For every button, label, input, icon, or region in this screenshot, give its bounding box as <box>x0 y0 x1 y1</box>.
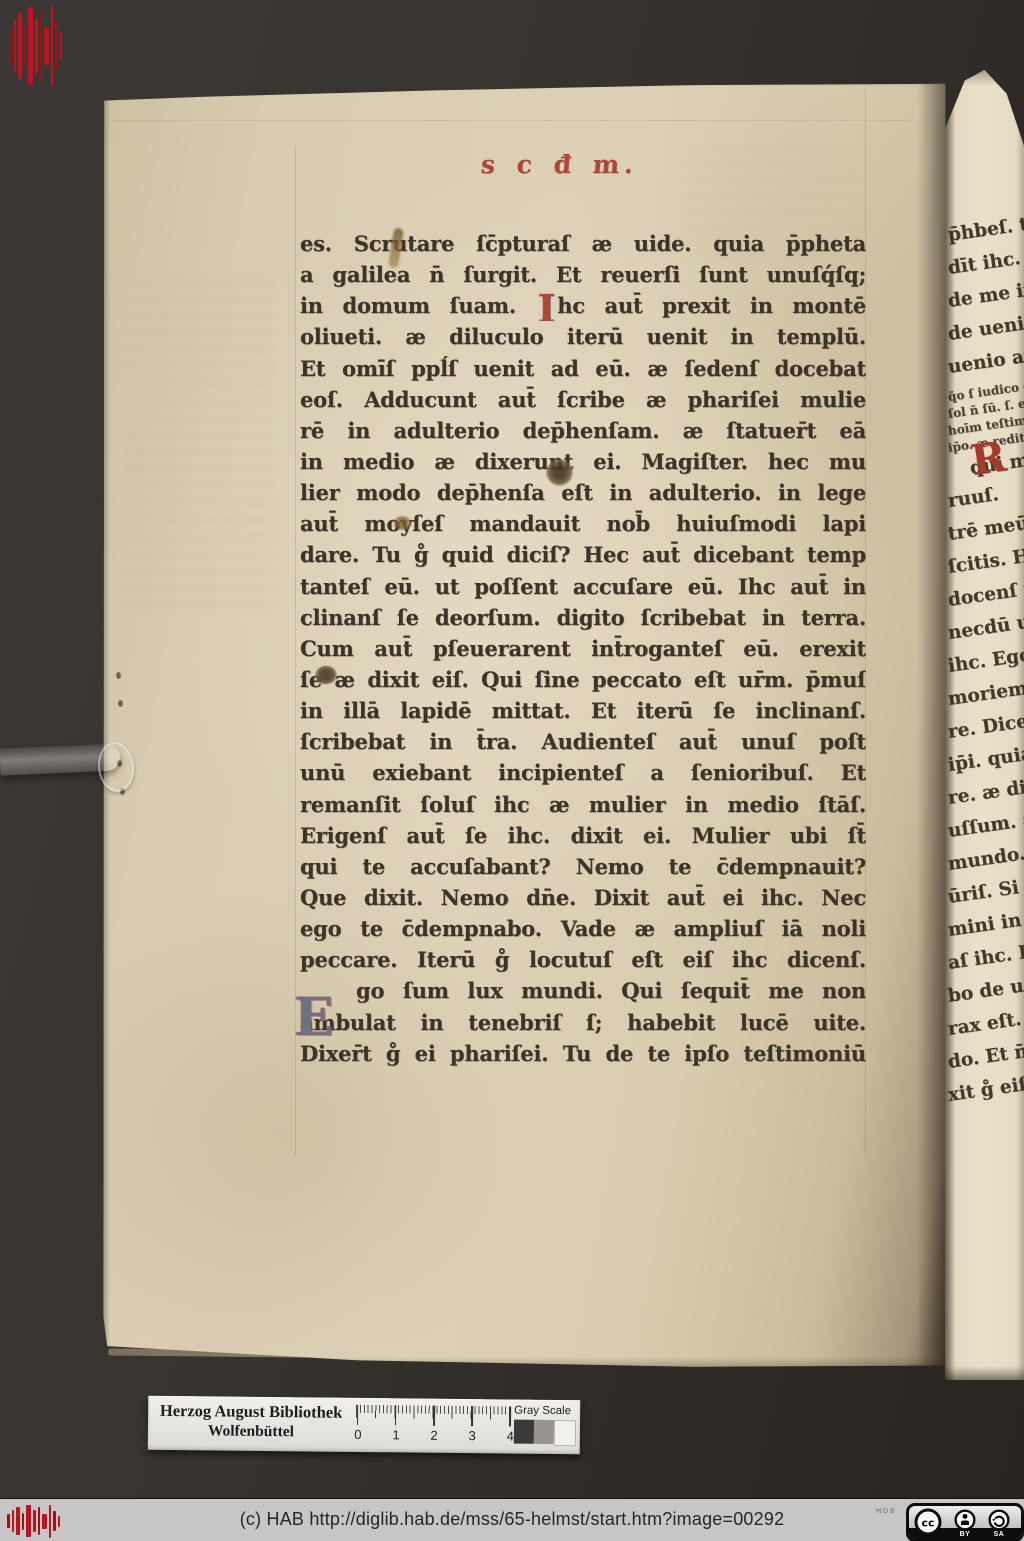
decorated-initial-E: E <box>294 992 334 1044</box>
footer-bar: (c) HAB http://diglib.hab.de/mss/65-helm… <box>0 1498 1024 1541</box>
recto-line: p̄hbeſ. teſt <box>947 210 1024 246</box>
sewing-hole <box>116 672 121 679</box>
manuscript-line: Dixer̄t g̊ ei phariſei. Tu de te ipſo te… <box>300 1038 866 1069</box>
recto-line: uſſum. æ Ioſt <box>947 802 1024 842</box>
recto-line: mundo. Dixi <box>947 837 1024 875</box>
running-header-rubric: s c đ m. <box>480 150 639 179</box>
recto-line: docenſ inter <box>947 572 1024 610</box>
manuscript-line: a galilea n̄ ſurgit. Et reuerſi ſunt unu… <box>300 259 866 290</box>
manuscript-line: remanſit ſoluſ ihc æ mulier in medio ſtā… <box>300 789 866 820</box>
svg-text:cc: cc <box>921 1517 934 1530</box>
ruler-label: Herzog August Bibliothek Wolfenbüttel 01… <box>148 1396 581 1455</box>
recto-line: moriemini. <box>947 673 1024 710</box>
manuscript-line: ſcribebat in t̄ra. Audienteſ aut̄ unuſ p… <box>300 726 866 757</box>
recto-line: trē meū. Si <box>947 508 1024 545</box>
manuscript-line: Cum aut̄ pſeuerarent int̄roganteſ eū. er… <box>300 633 866 664</box>
cm-tick <box>433 1406 435 1426</box>
cm-tick <box>509 1407 511 1427</box>
manuscript-line: in domum ſuam. Ihc aut̄ prexit in montē <box>300 290 866 321</box>
cc-sa-label: SA <box>988 1531 1010 1538</box>
manuscript-line: Que dixit. Nemo dn̄e. Dixit aut̄ ei ihc.… <box>300 882 866 913</box>
recto-line: de ueni. æ o <box>947 306 1024 344</box>
recto-line: ūriſ. Si eū no <box>947 868 1024 908</box>
manuscript-line: go ſum lux mundi. Qui ſequit̄ me non <box>300 975 866 1006</box>
recto-line: re. æ dicebat <box>947 769 1024 809</box>
manuscript-line: rē in adulterio dep̄henſam. æ ſtatuer̄t … <box>300 415 866 446</box>
institution-line1: Herzog August Bibliothek <box>152 1400 350 1423</box>
manuscript-line: unū exiebant incipienteſ a ſenioribuſ. E… <box>300 757 866 788</box>
recto-line: ihc. Ego uad <box>947 638 1024 677</box>
registration-bar <box>35 18 38 74</box>
recto-line: aſ ihc. Prīci <box>947 936 1024 973</box>
manuscript-page-recto: p̄hbeſ. teſtdīt ihc. æ dde me ipſo.de ue… <box>945 70 1024 1380</box>
registration-bar <box>60 32 62 60</box>
recto-line: ſcitis. Hec <box>947 542 1024 577</box>
ruler-number: 0 <box>354 1427 361 1442</box>
recto-line: ip̄i. quia di <box>947 740 1024 776</box>
scanner-code: HDB <box>876 1508 897 1515</box>
manuscript-line: ambulat in tenebriſ ſ; habebit lucē uite… <box>300 1007 866 1038</box>
grayscale-square <box>534 1420 554 1444</box>
cc-sa-icon <box>988 1509 1010 1531</box>
manuscript-line: peccare. Iterū g̊ locutuſ eſt eiſ ihc di… <box>300 944 866 975</box>
ruler-number: 2 <box>430 1428 437 1443</box>
registration-bar <box>14 20 16 72</box>
recto-line: necdū uene <box>947 606 1024 643</box>
manuscript-line: aut̄ moyſeſ mandauit nob̄ huiuſmodi lapi <box>300 508 866 539</box>
copyright-text: (c) HAB http://diglib.hab.de/mss/65-helm… <box>0 1509 1024 1530</box>
institution-line2: Wolfenbüttel <box>152 1421 350 1443</box>
color-registration-bars-top <box>9 3 62 89</box>
registration-bar <box>9 29 12 63</box>
registration-bar <box>28 7 33 85</box>
ruler-scale: 01234 <box>356 1405 512 1447</box>
sewing-hole <box>120 788 125 795</box>
manuscript-line: es. Scrutare ſc̄pturaſ æ uide. quia p̄ph… <box>300 228 866 259</box>
ruler-number: 3 <box>468 1428 475 1443</box>
manuscript-line: oliueti. æ diluculo iterū uenit in templ… <box>300 321 866 352</box>
manuscript-line: in illā lapidē mittat. Et iterū ſe incli… <box>300 695 866 726</box>
ruling-line-top <box>109 120 909 121</box>
registration-bar <box>55 21 58 71</box>
registration-bar <box>24 25 26 67</box>
cc-by-label: BY <box>954 1531 976 1538</box>
cm-tick <box>471 1406 473 1426</box>
grayscale-square <box>554 1420 576 1446</box>
manuscript-photo: s c đ m. es. Scrutare ſc̄pturaſ æ uide. … <box>0 0 1024 1541</box>
grayscale-patch: Gray Scale <box>514 1405 576 1447</box>
institution-label: Herzog August Bibliothek Wolfenbüttel <box>152 1400 350 1443</box>
clip-strip <box>0 743 121 775</box>
grayscale-square <box>514 1420 534 1444</box>
manuscript-page-verso: s c đ m. es. Scrutare ſc̄pturaſ æ uide. … <box>103 78 947 1368</box>
cc-by-icon <box>954 1509 976 1531</box>
grayscale-title: Gray Scale <box>514 1405 576 1418</box>
bleed-through-ghost <box>123 278 273 608</box>
manuscript-line: ego te c̄dempnabo. Vade æ ampliuſ iā nol… <box>300 913 866 944</box>
registration-bar <box>44 27 49 65</box>
manuscript-line: dare. Tu g̊ quid diciſ? Hec aut̄ diceban… <box>300 539 866 570</box>
manuscript-line: Et omīſ ppĺſ uenit ad eū. æ ſedenſ doceb… <box>300 353 866 384</box>
recto-line: uenio aut q <box>947 341 1024 378</box>
rubric-initial-R: R <box>968 436 1008 482</box>
recto-line: re. Dicebant <box>947 704 1024 743</box>
recto-line: de me ipſo. <box>947 275 1024 312</box>
manuscript-line: ſe æ dixit eiſ. Qui ſine peccato eſt ur̄… <box>300 664 866 695</box>
cc-license-badge: cc BY SA <box>906 1503 1024 1541</box>
manuscript-line: clinanſ ſe deorſum. digito ſcribebat in … <box>300 602 866 633</box>
manuscript-line: tanteſ eū. ut poſſent accuſare eū. Ihc a… <box>300 571 866 602</box>
manuscript-line: qui te accuſabant? Nemo te c̄dempnauit? <box>300 851 866 882</box>
manuscript-line: eoſ. Adducunt aut̄ ſcribe æ phariſei mul… <box>300 384 866 415</box>
manuscript-text: es. Scrutare ſc̄pturaſ æ uide. quia p̄ph… <box>300 228 866 1069</box>
registration-bar <box>51 6 53 86</box>
recto-line: ruuſ. <box>947 484 1000 512</box>
rubric-initial-I: I <box>536 290 558 321</box>
registration-bar <box>18 13 22 79</box>
sewing-hole <box>118 700 123 707</box>
manuscript-line: lier modo dep̄henſa eſt in adulterio. in… <box>300 477 866 508</box>
ruler-number: 1 <box>392 1427 399 1442</box>
grayscale-squares <box>514 1420 576 1447</box>
manuscript-line: Erigenſ aut̄ ſe ihc. dixit ei. Mulier ub… <box>300 820 866 851</box>
sewing-hole <box>117 760 122 767</box>
recto-line: dīt ihc. æ d <box>947 242 1024 279</box>
cm-tick <box>395 1405 397 1425</box>
registration-bar <box>40 11 42 81</box>
manuscript-line: in medio æ dixerunt ei. Magiſter. hec mu <box>300 446 866 477</box>
cm-tick <box>357 1405 359 1425</box>
cc-logo-icon: cc <box>914 1508 942 1536</box>
